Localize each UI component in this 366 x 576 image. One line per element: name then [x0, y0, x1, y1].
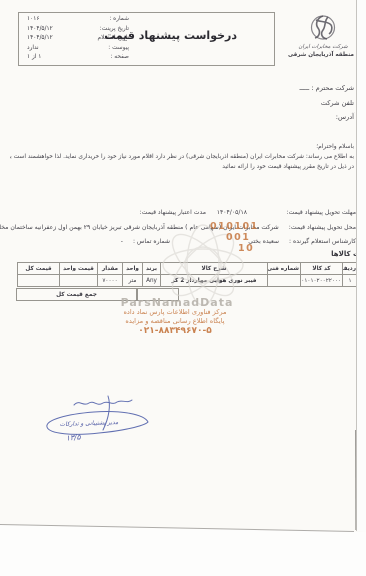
header-box: شماره : ۱۰۱۶ تاریخ پرینت: ۱۴۰۴/۵/۱۲ تاری… — [18, 12, 275, 66]
col-unit-price: قیمت واحد — [60, 263, 98, 275]
col-unit: واحد — [123, 263, 143, 275]
expert-label: کارشناس استعلام گیرنده : — [289, 238, 356, 245]
cell-unit: متر — [123, 275, 143, 287]
notice-paragraph: باسلام واحترام؛ به اطلاع می رساند: شرکت … — [10, 143, 354, 172]
expert-row: کارشناس استعلام گیرنده : سعیده بختی شمار… — [0, 238, 366, 253]
signature-block: مدیر پشتیبانی و تدارکات ۱۳/۵ — [30, 391, 162, 455]
cell-quantity: ۷۰۰۰۰ — [98, 275, 123, 287]
contact-label: شماره تماس : — [133, 238, 170, 245]
inquiry-date-value: ۱۴۰۴/۵/۱۲ — [27, 35, 53, 41]
meta-row-attachment: پیوست : ندارد — [27, 45, 129, 55]
cell-unit-price — [60, 275, 98, 287]
recipient-address-line: آدرس: — [300, 113, 354, 128]
items-table: ردیف کد کالا شماره فنی شرح کالا برند واح… — [17, 262, 358, 287]
page-label: صفحه : — [110, 54, 129, 60]
validity-label: مدت اعتبار پیشنهاد قیمت: — [140, 209, 206, 216]
print-date-value: ۱۴۰۴/۵/۱۲ — [27, 26, 53, 32]
col-tech-number: شماره فنی — [268, 263, 301, 275]
delivery-place-value: شرکت مخابرات ایران (سهامی عام ) منطقه آذ… — [0, 224, 279, 231]
col-row-number: ردیف — [343, 263, 358, 275]
cell-tech-number — [268, 275, 301, 287]
expert-value: سعیده بختی — [248, 238, 279, 245]
col-description: شرح کالا — [161, 263, 268, 275]
total-price-empty-cell — [137, 288, 179, 301]
meta-row-number: شماره : ۱۰۱۶ — [27, 16, 129, 26]
cell-brand: Any — [143, 275, 161, 287]
recipient-company-line: شرکت محترم : ـــــ — [300, 84, 354, 99]
recipient-block: شرکت محترم : ـــــ تلفن شرکت آدرس: — [300, 84, 354, 128]
col-total-price: قیمت کل — [18, 263, 60, 275]
deadline-label: مهلت تحویل پیشنهاد قیمت: — [287, 209, 356, 216]
salutation-line: باسلام واحترام؛ — [10, 143, 354, 153]
logo-company-name: شرکت مخابرات ایران — [292, 44, 354, 50]
table-row: ۱ ۱۰۱۰۱۰۲۰۰۲۲۰۰۰ فیبر نوری هوایی مهاردار… — [18, 275, 358, 287]
watermark-line-1: مرکز فناوری اطلاعات پارس نماد داده — [100, 308, 250, 316]
notice-line-2: در ذیل در تاریخ مقرر پیشنهاد قیمت خود را… — [10, 163, 354, 173]
watermark-line-2: پایگاه اطلاع رسانی مناقصه و مزایده — [100, 317, 250, 325]
telecom-logo-icon — [309, 13, 337, 43]
page-title: درخواست پیشنهاد قیمت — [111, 29, 237, 42]
cell-description: فیبر نوری هوایی مهاردار 2 کر — [161, 275, 268, 287]
cell-row-number: ۱ — [343, 275, 358, 287]
cell-item-code: ۱۰۱۰۱۰۲۰۰۲۲۰۰۰ — [301, 275, 343, 287]
logo-region-name: منطقه آذربایجان شرقی — [292, 52, 354, 58]
col-brand: برند — [143, 263, 161, 275]
number-label: شماره : — [109, 16, 129, 22]
delivery-place-row: محل تحویل پیشنهاد قیمت: شرکت مخابرات ایر… — [0, 224, 366, 239]
notice-line-1: به اطلاع می رساند: شرکت مخابرات ایران (م… — [10, 153, 354, 163]
recipient-phone-line: تلفن شرکت — [300, 99, 354, 114]
items-section-title: لیست کالاها — [331, 250, 366, 258]
quotation-fields: مهلت تحویل پیشنهاد قیمت: ۱۴۰۴/۰۵/۱۸ مدت … — [0, 209, 366, 253]
contact-value: - — [121, 238, 123, 245]
meta-row-page: صفحه : ۱ از ۱ — [27, 54, 129, 64]
attachment-label: پیوست : — [108, 45, 129, 51]
deadline-value: ۱۴۰۴/۰۵/۱۸ — [217, 209, 247, 216]
signature-date: ۱۳/۵ — [66, 432, 81, 442]
number-value: ۱۰۱۶ — [27, 16, 39, 22]
attachment-value: ندارد — [27, 45, 39, 51]
company-logo-block: شرکت مخابرات ایران منطقه آذربایجان شرقی — [292, 13, 354, 58]
table-total-row: جمع قیمت کل — [17, 288, 179, 301]
table-header-row: ردیف کد کالا شماره فنی شرح کالا برند واح… — [18, 263, 358, 275]
col-item-code: کد کالا — [301, 263, 343, 275]
delivery-place-label: محل تحویل پیشنهاد قیمت: — [289, 224, 356, 231]
scanned-quotation-document: شماره : ۱۰۱۶ تاریخ پرینت: ۱۴۰۴/۵/۱۲ تاری… — [0, 0, 366, 576]
cell-total-price — [18, 275, 60, 287]
page-value: ۱ از ۱ — [27, 54, 41, 60]
col-quantity: مقدار — [98, 263, 123, 275]
deadline-row: مهلت تحویل پیشنهاد قیمت: ۱۴۰۴/۰۵/۱۸ مدت … — [0, 209, 366, 224]
total-price-label: جمع قیمت کل — [16, 288, 137, 301]
watermark-phone: ۰۲۱-۸۸۳۴۹۶۷۰-۵ — [100, 326, 250, 336]
